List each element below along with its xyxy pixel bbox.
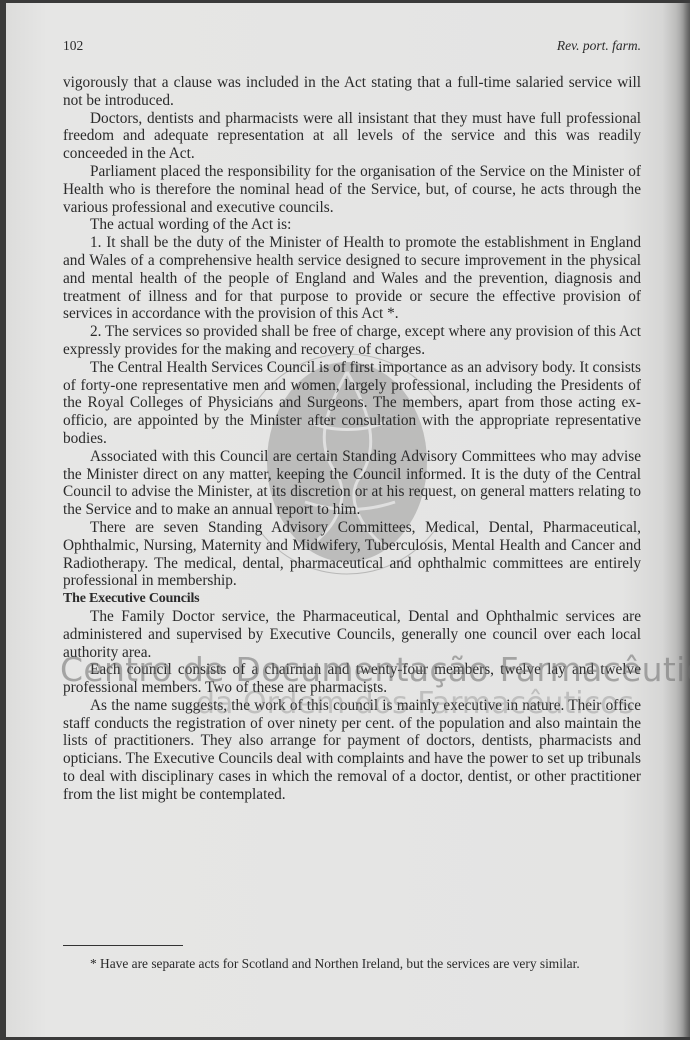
section-heading: The Executive Councils [63,590,641,608]
running-head: 102 Rev. port. farm. [63,38,641,58]
page-number: 102 [63,38,83,54]
paragraph: There are seven Standing Advisory Commit… [63,519,641,590]
page-edge-shadow [676,3,690,1037]
paragraph: Parliament placed the responsibility for… [63,163,641,216]
paragraph: vigorously that a clause was included in… [63,74,641,110]
journal-title: Rev. port. farm. [557,38,641,54]
paragraph: The actual wording of the Act is: [63,216,641,234]
paragraph: 2. The services so provided shall be fre… [63,323,641,359]
footnote: * Have are separate acts for Scotland an… [63,956,641,972]
paragraph: Each council consists of a chairman and … [63,661,641,697]
paragraph: The Central Health Services Council is o… [63,359,641,448]
paragraph: As the name suggests, the work of this c… [63,697,641,804]
paragraph: The Family Doctor service, the Pharmaceu… [63,608,641,661]
paragraph: Associated with this Council are certain… [63,448,641,519]
paragraph: 1. It shall be the duty of the Minister … [63,234,641,323]
footnote-divider [63,945,183,946]
paragraph: Doctors, dentists and pharmacists were a… [63,110,641,163]
body-text: vigorously that a clause was included in… [63,74,641,804]
